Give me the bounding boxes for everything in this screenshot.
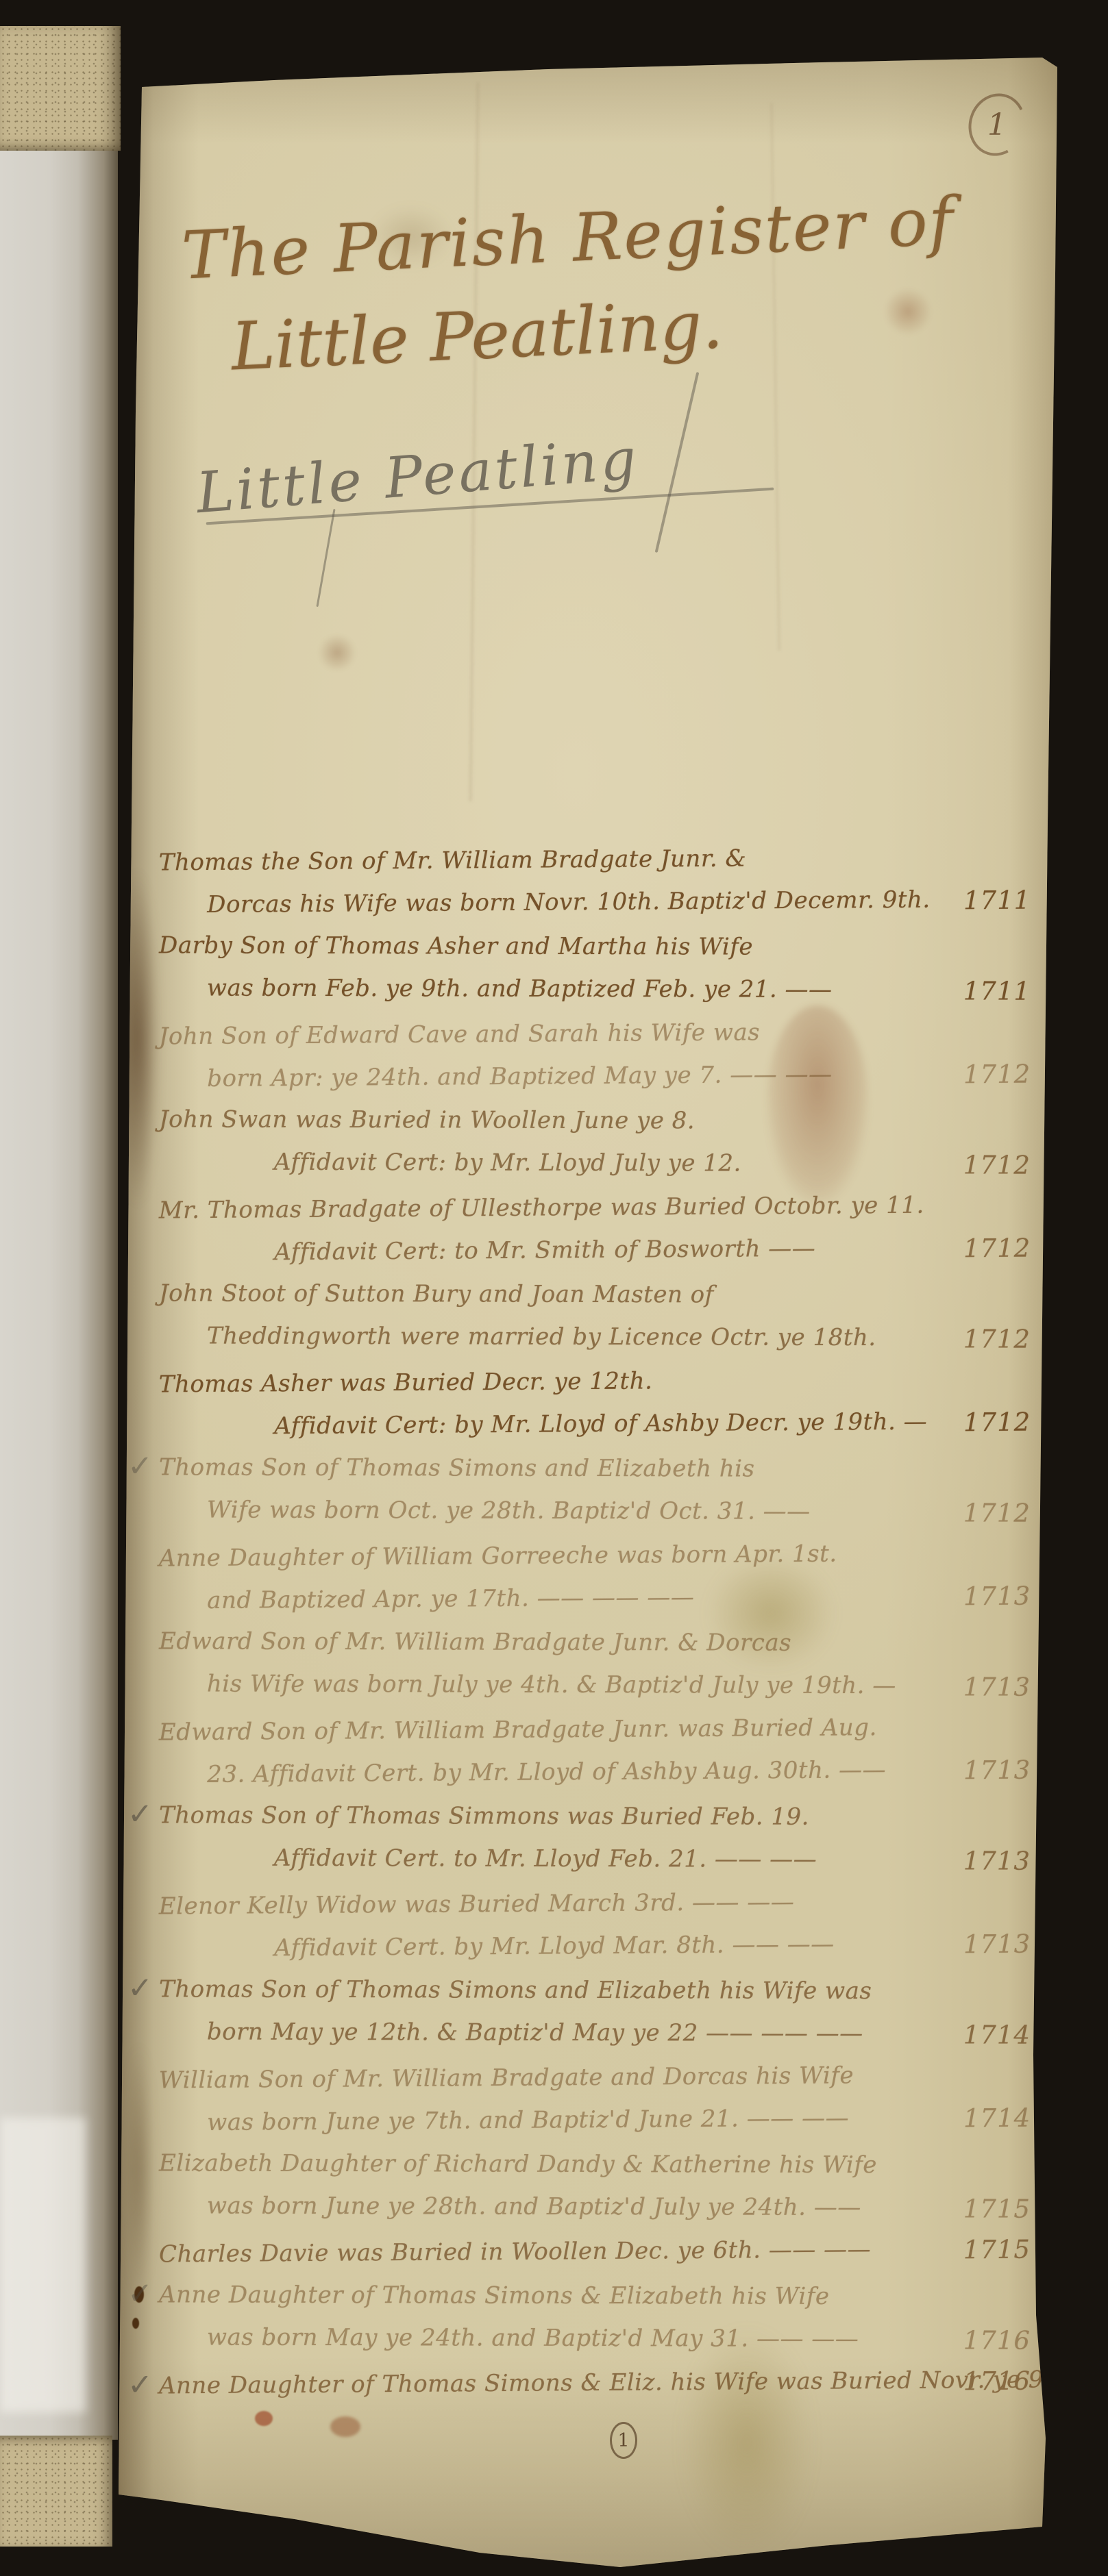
register-entry: Charles Davie was Buried in Woollen Dec.… (159, 2227, 1032, 2276)
register-entry: John Stoot of Sutton Bury and Joan Maste… (159, 1272, 1032, 1359)
entry-year: 1713 (963, 1581, 1031, 1612)
entry-year: 1714 (963, 2103, 1031, 2134)
entry-year: 1713 (963, 1846, 1031, 1875)
register-entry: John Son of Edward Cave and Sarah his Wi… (159, 1010, 1033, 1101)
entry-year: 1713 (963, 1929, 1031, 1960)
entry-year: 1712 (963, 1498, 1031, 1527)
entry-line-1: Darby Son of Thomas Asher and Martha his… (159, 924, 1032, 968)
entry-line-2: born May ye 12th. & Baptiz'd May ye 22 —… (159, 2010, 1032, 2055)
register-entry: ✓ Thomas Son of Thomas Simmons was Burie… (159, 1794, 1032, 1881)
parchment-page: 1 1 The Parish Register of Little Peatli… (0, 0, 1108, 2576)
book-cover-corner-top (0, 26, 121, 151)
entry-line-1: John Son of Edward Cave and Sarah his Wi… (159, 1010, 1032, 1058)
entry-year: 1711 (963, 886, 1031, 916)
entry-year: 1715 (963, 2194, 1031, 2223)
entry-line-1: Mr. Thomas Bradgate of Ullesthorpe was B… (159, 1184, 1032, 1232)
register-entry: John Swan was Buried in Woollen June ye … (159, 1098, 1032, 1185)
entry-line-1: Anne Daughter of Thomas Simons & Eliz. h… (159, 2359, 1032, 2408)
entry-line-2: Affidavit Cert: by Mr. Lloyd of Ashby De… (159, 1400, 1032, 1449)
stain (330, 2416, 360, 2437)
register-entry: ✓ Anne Daughter of Thomas Simons & Eliza… (159, 2273, 1032, 2360)
entry-year: 1716 (963, 2366, 1031, 2397)
ink-blot (132, 2318, 139, 2329)
entry-line-2: was born May ye 24th. and Baptiz'd May 3… (159, 2316, 1032, 2360)
pencil-stroke (316, 509, 335, 607)
register-entry: ✓ Anne Daughter of Thomas Simons & Eliz.… (159, 2359, 1032, 2408)
entry-line-1: Thomas Son of Thomas Simons and Elizabet… (159, 1968, 1032, 2012)
register-entry: Edward Son of Mr. William Bradgate Junr.… (159, 1620, 1032, 1707)
folio-number-bottom: 1 (610, 2422, 637, 2459)
entry-line-2: Dorcas his Wife was born Novr. 10th. Bap… (159, 878, 1032, 927)
entry-line-1: Thomas Son of Thomas Simons and Elizabet… (159, 1446, 1032, 1490)
register-entries: Thomas the Son of Mr. William Bradgate J… (159, 838, 1032, 2406)
register-entry: Mr. Thomas Bradgate of Ullesthorpe was B… (159, 1184, 1033, 1275)
entry-line-2: his Wife was born July ye 4th. & Baptiz'… (159, 1662, 1032, 1707)
entry-line-2: Affidavit Cert. by Mr. Lloyd Mar. 8th. —… (159, 1922, 1032, 1971)
entry-year: 1716 (963, 2325, 1031, 2355)
folio-number-top-right: 1 (961, 86, 1033, 164)
entry-line-1: Edward Son of Mr. William Bradgate Junr.… (159, 1705, 1032, 1754)
endpaper-highlight (0, 2118, 86, 2412)
register-entry: ✓ Thomas Son of Thomas Simons and Elizab… (159, 1968, 1032, 2055)
register-entry: Elenor Kelly Widow was Buried March 3rd.… (159, 1879, 1033, 1971)
checkmark-icon: ✓ (127, 1797, 153, 1831)
entry-line-2: 23. Affidavit Cert. by Mr. Lloyd of Ashb… (159, 1748, 1032, 1797)
entry-line-1: Thomas the Son of Mr. William Bradgate J… (159, 836, 1032, 884)
entry-line-1: Anne Daughter of Thomas Simons & Elizabe… (159, 2273, 1032, 2318)
parchment-crease (770, 103, 780, 651)
checkmark-icon: ✓ (127, 2368, 153, 2403)
entry-line-1: Edward Son of Mr. William Bradgate Junr.… (159, 1620, 1032, 1664)
entry-year: 1712 (963, 1234, 1031, 1264)
entry-line-1: Anne Daughter of William Gorreeche was b… (159, 1531, 1032, 1580)
entry-line-1: Thomas Son of Thomas Simmons was Buried … (159, 1794, 1032, 1838)
entry-line-1: Elenor Kelly Widow was Buried March 3rd.… (159, 1879, 1032, 1928)
register-entry: Anne Daughter of William Gorreeche was b… (159, 1531, 1033, 1623)
register-entry: Elizabeth Daughter of Richard Dandy & Ka… (159, 2142, 1032, 2229)
title-line-2: Little Peatling. (230, 275, 961, 385)
top-edge-shadow (116, 55, 1067, 144)
entry-line-1: Charles Davie was Buried in Woollen Dec.… (159, 2227, 1032, 2276)
entry-year: 1715 (963, 2235, 1031, 2265)
entry-line-2: was born June ye 28th. and Baptiz'd July… (159, 2184, 1032, 2229)
checkmark-icon: ✓ (127, 2276, 153, 2311)
pencil-stroke (655, 372, 700, 553)
stain (317, 636, 358, 670)
entry-line-1: William Son of Mr. William Bradgate and … (159, 2053, 1032, 2102)
entry-line-1: Thomas Asher was Buried Decr. ye 12th. (159, 1358, 1032, 1406)
entry-year: 1713 (963, 1672, 1031, 1701)
folio-number-value: 1 (617, 2430, 629, 2451)
register-entry: Edward Son of Mr. William Bradgate Junr.… (159, 1705, 1033, 1797)
entry-line-2: Affidavit Cert. to Mr. Lloyd Feb. 21. ——… (159, 1836, 1032, 1881)
entry-line-2: was born June ye 7th. and Baptiz'd June … (159, 2096, 1032, 2144)
entry-line-2: and Baptized Apr. ye 17th. —— —— —— (159, 1574, 1032, 1623)
folio-number-value: 1 (987, 108, 1007, 142)
register-entry: Darby Son of Thomas Asher and Martha his… (159, 924, 1032, 1011)
entry-year: 1713 (963, 1755, 1031, 1786)
entry-year: 1714 (963, 2020, 1031, 2049)
entry-year: 1712 (963, 1060, 1031, 1090)
register-entry: ✓ Thomas Son of Thomas Simons and Elizab… (159, 1446, 1032, 1533)
entry-year: 1711 (963, 976, 1031, 1005)
register-entry: Thomas the Son of Mr. William Bradgate J… (159, 836, 1033, 927)
entry-line-1: Elizabeth Daughter of Richard Dandy & Ka… (159, 2142, 1032, 2186)
entry-year: 1712 (963, 1408, 1031, 1438)
entry-year: 1712 (963, 1150, 1031, 1179)
entry-line-2: Affidavit Cert: by Mr. Lloyd July ye 12. (159, 1140, 1032, 1185)
register-entry: William Son of Mr. William Bradgate and … (159, 2053, 1033, 2144)
checkmark-icon: ✓ (127, 1449, 153, 1484)
register-entry: Thomas Asher was Buried Decr. ye 12th. A… (159, 1358, 1033, 1449)
book-cover-corner-bottom (0, 2436, 112, 2547)
stain (255, 2411, 273, 2426)
title-line-1: The Parish Register of (180, 183, 956, 295)
page-edges-endpaper (0, 148, 118, 2440)
entry-line-1: John Stoot of Sutton Bury and Joan Maste… (159, 1272, 1032, 1316)
entry-year: 1712 (963, 1324, 1031, 1353)
checkmark-icon: ✓ (127, 1971, 153, 2005)
entry-line-1: John Swan was Buried in Woollen June ye … (159, 1098, 1032, 1142)
stain (115, 867, 160, 1210)
entry-line-2: Affidavit Cert: to Mr. Smith of Bosworth… (159, 1226, 1032, 1275)
photo-of-parish-register: { "photo": { "background_color": "#17130… (0, 0, 1108, 2576)
stain (125, 2041, 153, 2301)
entry-line-2: was born Feb. ye 9th. and Baptized Feb. … (159, 966, 1032, 1011)
entry-line-2: born Apr: ye 24th. and Baptized May ye 7… (159, 1052, 1032, 1101)
page-title: The Parish Register of Little Peatling. (180, 183, 961, 388)
entry-line-2: Wife was born Oct. ye 28th. Baptiz'd Oct… (159, 1488, 1032, 1533)
entry-line-2: Theddingworth were married by Licence Oc… (159, 1314, 1032, 1359)
